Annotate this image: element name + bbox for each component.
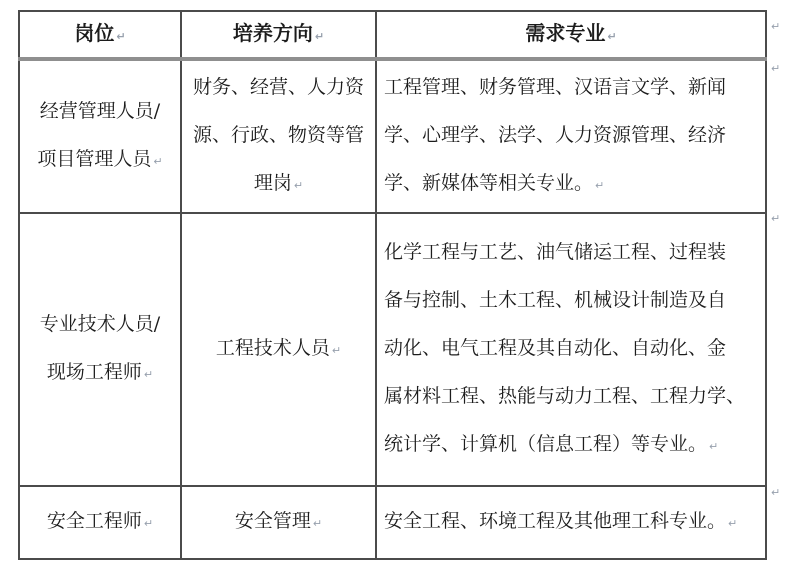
- cell-direction-technical: 工程技术人员↵: [181, 213, 376, 486]
- row-end-paragraph-mark-icon: ↵: [771, 212, 780, 225]
- paragraph-mark-icon: ↵: [144, 517, 153, 530]
- majors-text: 安全工程、环境工程及其他理工科专业。: [384, 510, 726, 532]
- recruitment-table: 岗位↵ 培养方向↵ 需求专业↵ 经营管理人员/ 项目管理人员↵ 财务、经营、人力…: [18, 10, 767, 560]
- header-row: 岗位↵ 培养方向↵ 需求专业↵: [19, 11, 766, 59]
- cell-position-technical: 专业技术人员/ 现场工程师↵: [19, 213, 181, 486]
- direction-text: 财务、经营、人力资 源、行政、物资等管 理岗: [193, 76, 364, 194]
- cell-majors-management: 工程管理、财务管理、汉语言文学、新闻 学、心理学、法学、人力资源管理、经济 学、…: [376, 59, 766, 213]
- header-position-label: 岗位: [74, 21, 114, 45]
- row-end-paragraph-mark-icon: ↵: [771, 486, 780, 499]
- direction-text: 工程技术人员: [216, 337, 330, 359]
- table-row: 安全工程师↵ 安全管理↵ 安全工程、环境工程及其他理工科专业。↵: [19, 486, 766, 559]
- paragraph-mark-icon: ↵: [315, 30, 324, 43]
- cell-position-management: 经营管理人员/ 项目管理人员↵: [19, 59, 181, 213]
- header-majors-label: 需求专业: [525, 21, 605, 45]
- direction-text: 安全管理: [235, 510, 311, 532]
- header-cell-position: 岗位↵: [19, 11, 181, 59]
- cell-position-safety: 安全工程师↵: [19, 486, 181, 559]
- majors-text: 工程管理、财务管理、汉语言文学、新闻 学、心理学、法学、人力资源管理、经济 学、…: [384, 76, 726, 194]
- header-direction-label: 培养方向: [233, 21, 313, 45]
- table-row: 专业技术人员/ 现场工程师↵ 工程技术人员↵ 化学工程与工艺、油气储运工程、过程…: [19, 213, 766, 486]
- cell-direction-management: 财务、经营、人力资 源、行政、物资等管 理岗↵: [181, 59, 376, 213]
- paragraph-mark-icon: ↵: [116, 30, 125, 43]
- row-end-paragraph-mark-icon: ↵: [771, 62, 780, 75]
- cell-direction-safety: 安全管理↵: [181, 486, 376, 559]
- table-row: 经营管理人员/ 项目管理人员↵ 财务、经营、人力资 源、行政、物资等管 理岗↵ …: [19, 59, 766, 213]
- paragraph-mark-icon: ↵: [144, 368, 153, 381]
- paragraph-mark-icon: ↵: [153, 155, 162, 168]
- paragraph-mark-icon: ↵: [294, 179, 303, 192]
- cell-majors-safety: 安全工程、环境工程及其他理工科专业。↵: [376, 486, 766, 559]
- row-end-paragraph-mark-icon: ↵: [771, 20, 780, 33]
- position-text: 安全工程师: [47, 510, 142, 532]
- document-page: 岗位↵ 培养方向↵ 需求专业↵ 经营管理人员/ 项目管理人员↵ 财务、经营、人力…: [0, 0, 798, 572]
- paragraph-mark-icon: ↵: [607, 30, 616, 43]
- header-cell-majors: 需求专业↵: [376, 11, 766, 59]
- paragraph-mark-icon: ↵: [728, 517, 737, 530]
- header-cell-direction: 培养方向↵: [181, 11, 376, 59]
- paragraph-mark-icon: ↵: [313, 517, 322, 530]
- position-text: 专业技术人员/ 现场工程师: [40, 313, 160, 383]
- paragraph-mark-icon: ↵: [709, 440, 718, 453]
- position-text: 经营管理人员/ 项目管理人员: [37, 100, 160, 170]
- cell-majors-technical: 化学工程与工艺、油气储运工程、过程装 备与控制、土木工程、机械设计制造及自 动化…: [376, 213, 766, 486]
- paragraph-mark-icon: ↵: [332, 344, 341, 357]
- majors-text: 化学工程与工艺、油气储运工程、过程装 备与控制、土木工程、机械设计制造及自 动化…: [384, 241, 745, 455]
- paragraph-mark-icon: ↵: [595, 179, 604, 192]
